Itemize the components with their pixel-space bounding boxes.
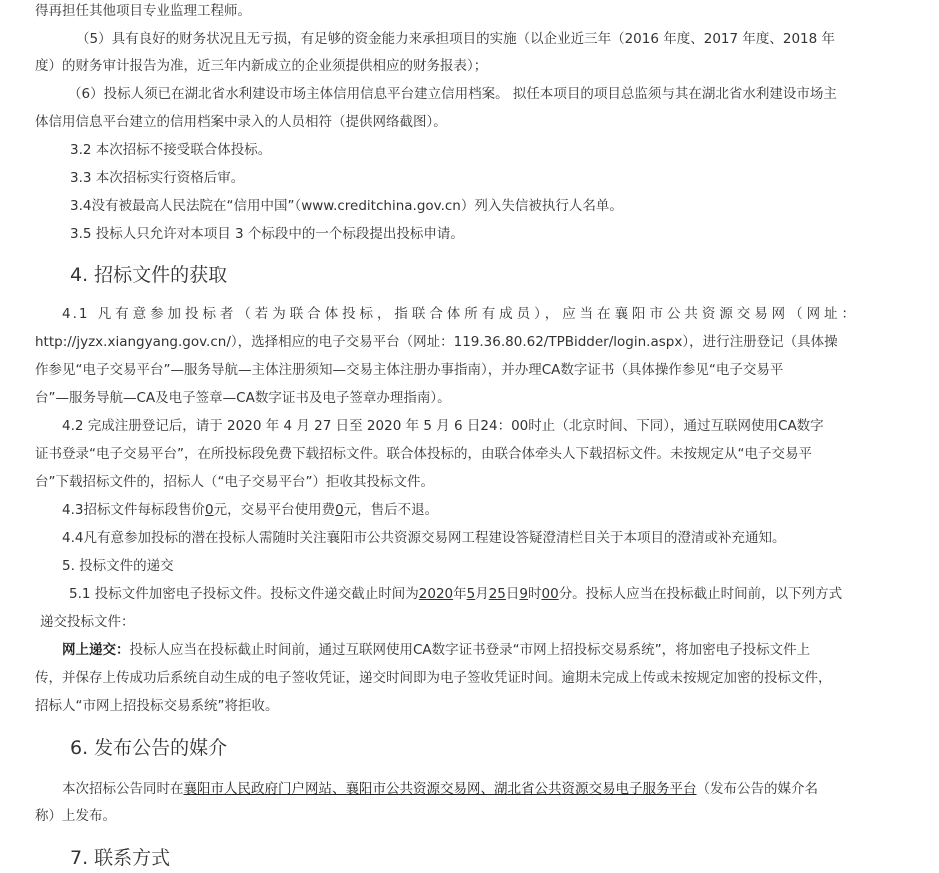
media-line2: 称）上发布。 [35,806,865,826]
online-submission-label: 网上递交： [62,642,130,658]
section-7-heading: 7. 联系方式 [70,845,170,871]
p4-1-line2: http://jyzx.xiangyang.gov.cn/），选择相应的电子交易… [35,332,865,352]
requirement-5-line1: （5）具有良好的财务状况且无亏损，有足够的资金能力来承担项目的实施（以企业近三年… [76,29,865,49]
item-3-3: 3.3 本次招标实行资格后审。 [70,168,900,188]
deadline-hour: 9 [519,586,528,602]
media-list-link[interactable]: 襄阳市人民政府门户网站、襄阳市公共资源交易网、湖北省公共资源交易电子服务平台 [184,781,697,797]
p4-3-mid: 元，交易平台使用费 [214,502,336,518]
requirement-6-line1: （6）投标人须已在湖北省水利建设市场主体信用信息平台建立信用档案。 拟任本项目的… [68,84,865,104]
p4-3-suffix: 元，售后不退。 [344,502,439,518]
p4-1-line4: 台”—服务导航—CA及电子签章—CA数字证书及电子签章办理指南）。 [35,388,865,408]
online-submission-line2: 传，并保存上传成功后系统自动生成的电子签收凭证，递交时间即为电子签收凭证时间。逾… [35,668,865,688]
media-suffix: （发布公告的媒介名 [697,781,819,797]
deadline-minute: 00 [542,586,559,602]
online-submission-text: 投标人应当在投标截止时间前，通过互联网使用CA数字证书登录“市网上招投标交易系统… [130,642,811,658]
p4-2-line1: 4.2 完成注册登记后，请于 2020 年 4 月 27 日至 2020 年 5… [62,416,865,436]
paragraph-tail: 得再担任其他项目专业监理工程师。 [35,1,865,21]
p5-1-prefix: 5.1 投标文件加密电子投标文件。投标文件递交截止时间为 [69,586,419,602]
p4-3: 4.3招标文件每标段售价0元，交易平台使用费0元，售后不退。 [62,500,892,520]
p4-3-prefix: 4.3招标文件每标段售价 [62,502,205,518]
p4-2-line2: 证书登录“电子交易平台”，在所投标段免费下载招标文件。联合体投标的，由联合体牵头… [35,444,865,464]
item-3-2: 3.2 本次招标不接受联合体投标。 [70,140,900,160]
year-unit: 年 [453,586,467,602]
p4-1-line3: 作参见“电子交易平台”—服务导航—主体注册须知—交易主体注册办事指南），并办理C… [35,360,865,380]
p4-1-line1: 4.1 凡有意参加投标者（若为联合体投标，指联合体所有成员），应当在襄阳市公共资… [62,304,857,324]
item-3-5: 3.5 投标人只允许对本项目 3 个标段中的一个标段提出投标申请。 [70,224,900,244]
p5-1-line2: 递交投标文件： [40,612,870,632]
deadline-year: 2020 [419,586,453,602]
requirement-6-line2: 体信用信息平台建立的信用档案中录入的人员相符（提供网络截图）。 [35,112,865,132]
day-unit: 日 [506,586,520,602]
media-prefix: 本次招标公告同时在 [62,781,184,797]
month-unit: 月 [475,586,489,602]
platform-fee: 0 [335,502,344,518]
p4-2-line3: 台”下载招标文件的，招标人（“电子交易平台”）拒收其投标文件。 [35,472,865,492]
media-line1: 本次招标公告同时在襄阳市人民政府门户网站、襄阳市公共资源交易网、湖北省公共资源交… [62,779,865,799]
document-price: 0 [205,502,214,518]
requirement-5-line2: 度）的财务审计报告为准，近三年内新成立的企业须提供相应的财务报表）； [35,56,865,76]
deadline-day: 25 [489,586,506,602]
section-5-heading: 5. 投标文件的递交 [62,556,892,576]
online-submission-line1: 网上递交：投标人应当在投标截止时间前，通过互联网使用CA数字证书登录“市网上招投… [62,640,865,660]
section-4-heading: 4. 招标文件的获取 [70,262,227,288]
item-3-4: 3.4没有被最高人民法院在“信用中国”（www.creditchina.gov.… [70,196,900,216]
p5-1-suffix: 分。投标人应当在投标截止时间前，以下列方式 [559,586,843,602]
online-submission-line3: 招标人“市网上招投标交易系统”将拒收。 [35,696,865,716]
p4-4: 4.4凡有意参加投标的潜在投标人需随时关注襄阳市公共资源交易网工程建设答疑澄清栏… [62,528,892,548]
section-6-heading: 6. 发布公告的媒介 [70,735,227,761]
hour-unit: 时 [528,586,542,602]
p5-1-line1: 5.1 投标文件加密电子投标文件。投标文件递交截止时间为2020年5月25日9时… [69,584,865,604]
deadline-month: 5 [467,586,476,602]
